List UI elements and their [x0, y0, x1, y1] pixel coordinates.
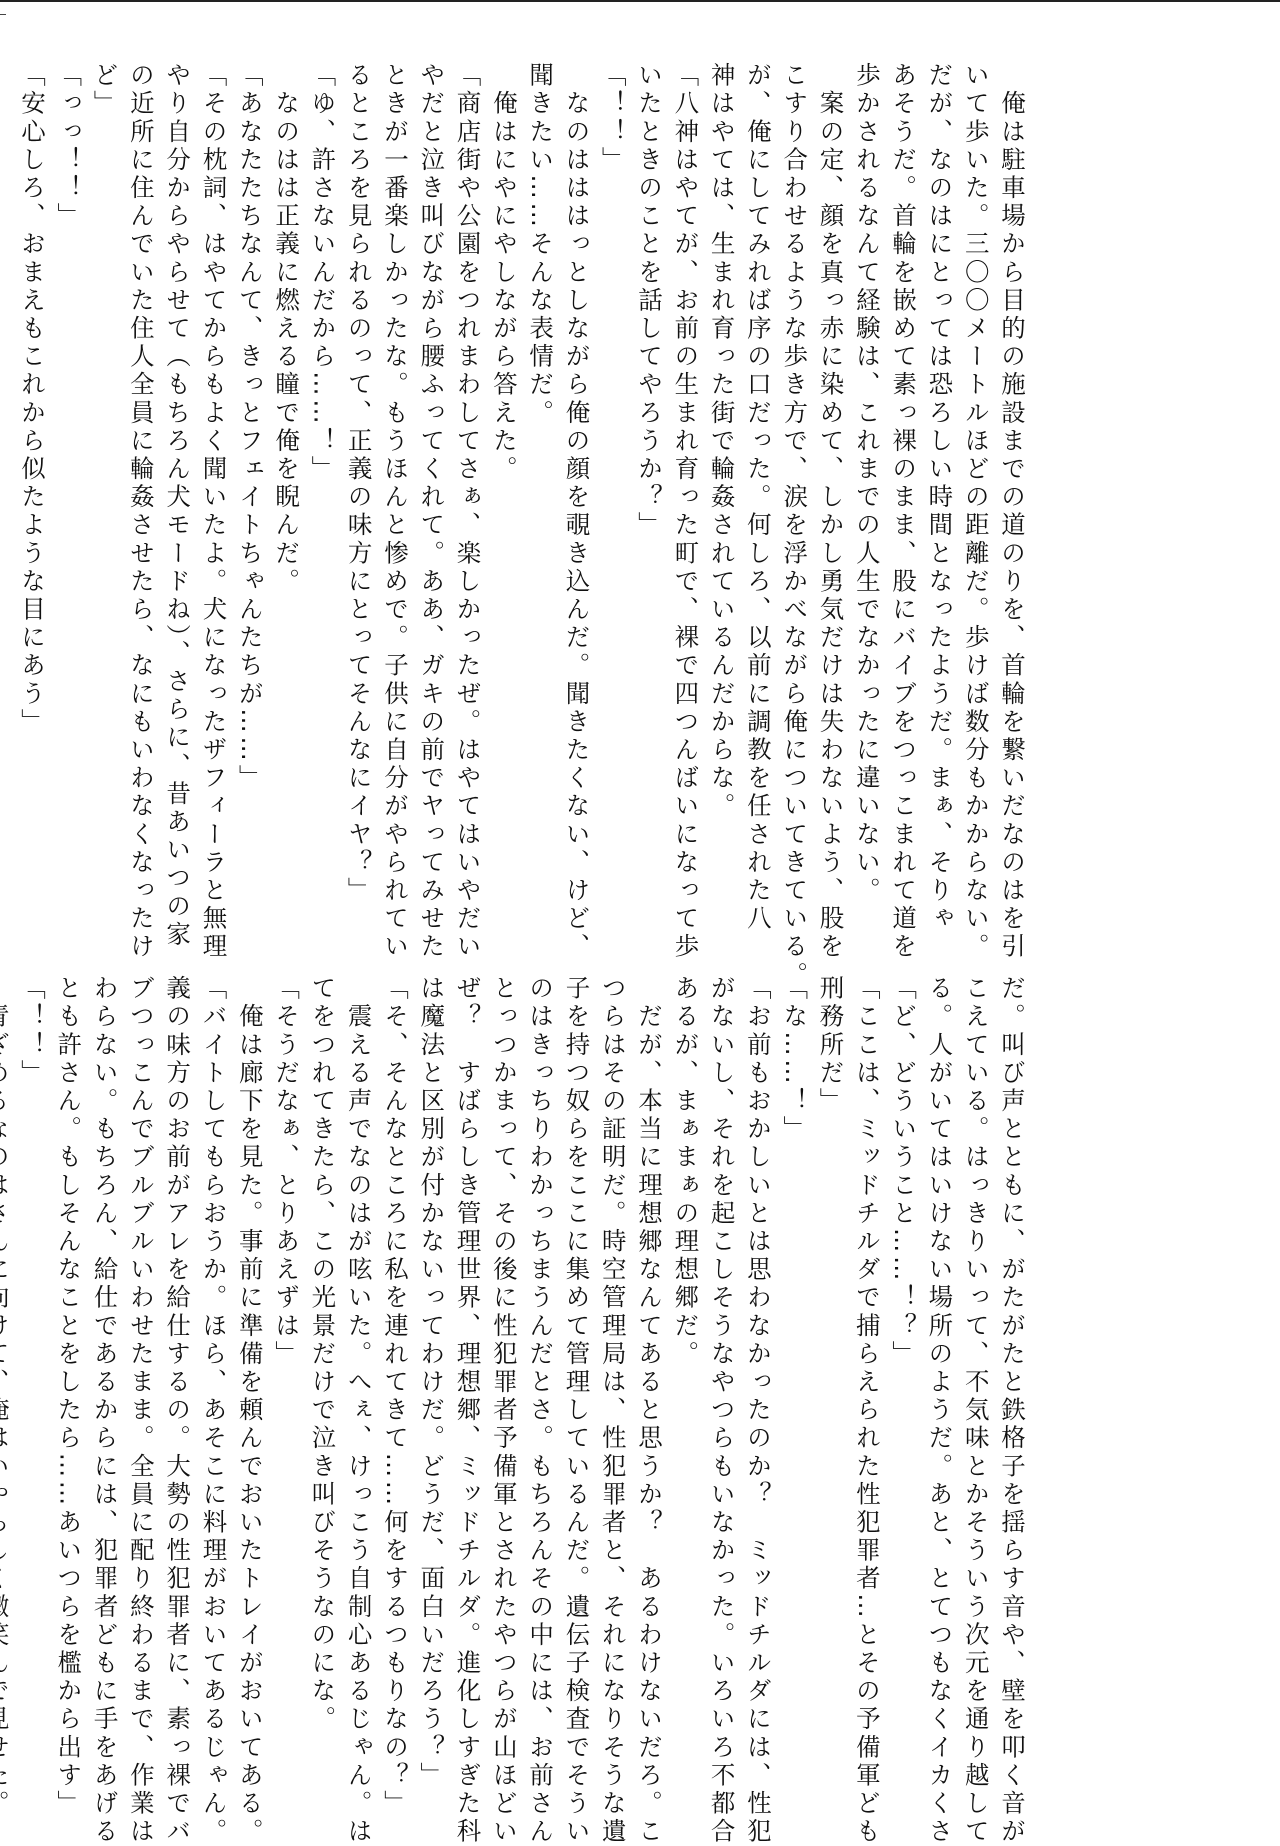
text-block-upper: 俺は駐車場から目的の施設までの道のりを、首輪を繋いだなのはを引いて歩いた。三〇〇…: [0, 62, 1030, 862]
text-line: 「ここは、ミッドチルダで捕らえられた性犯罪者…とその予備軍どもの: [849, 975, 885, 1795]
text-line: いたときのことを話してやろうか？」: [631, 62, 667, 862]
text-line: 「バイトしてもらおうか。ほら、あそこに料理がおいてあるじゃん。正: [195, 975, 231, 1795]
text-line: てをつれてきたら、この光景だけで泣き叫びそうなのにな。: [304, 975, 340, 1795]
text-line: 「その枕詞、はやてからもよく聞いたよ。犬になったザフィーラと無理: [195, 62, 231, 862]
text-line: やだと泣き叫びながら腰ふってくれて。ああ、ガキの前でヤってみせた: [413, 62, 449, 862]
text-line: 歩かされるなんて経験は、これまでの人生でなかったに違いない。: [849, 62, 885, 862]
text-line: 案の定、顔を真っ赤に染めて、しかし勇気だけは失わないよう、股を: [812, 62, 848, 862]
text-line: る。人がいてはいけない場所のようだ。あと、とてつもなくイカくさい。: [921, 975, 957, 1795]
text-line: とも許さん。もしそんなことをしたら……あいつらを檻から出す」: [50, 975, 86, 1795]
text-line: だ。叫び声とともに、がたがたと鉄格子を揺らす音や、壁を叩く音が聞: [994, 975, 1030, 1795]
text-line: いて歩いた。三〇〇メートルほどの距離だ。歩けば数分もかからない。: [957, 62, 993, 862]
text-line: とっつかまって、その後に性犯罪者予備軍とされたやつらが山ほどいる: [486, 975, 522, 1795]
text-line: 刑務所だ」: [812, 975, 848, 1795]
text-line: わらない。もちろん、給仕であるからには、犯罪者どもに手をあげるこ: [86, 975, 122, 1795]
text-line: 神はやては、生まれ育った街で輪姦されているんだからな。: [703, 62, 739, 862]
text-line: 「ど、どういうこと……！？」: [885, 975, 921, 1795]
text-line: 「お前もおかしいとは思わなかったのか？ ミッドチルダには、性犯罪: [740, 975, 776, 1795]
text-line: 「っっ！！」: [50, 62, 86, 862]
text-line: 「そ、そんなところに私を連れてきて……何をするつもりなの？」: [377, 975, 413, 1795]
text-line: なのはは正義に燃える瞳で俺を睨んだ。: [268, 62, 304, 862]
text-line: 「！！」: [14, 975, 50, 1795]
text-line: 「そうだなぁ、とりあえずは」: [268, 975, 304, 1795]
text-line: 俺はにやにやしながら答えた。: [486, 62, 522, 862]
text-line: 「八神はやてが、お前の生まれ育った町で、裸で四つんばいになって歩: [667, 62, 703, 862]
text-line: 聞きたい……そんな表情だ。: [522, 62, 558, 862]
text-line: の近所に住んでいた住人全員に輪姦させたら、なにもいわなくなったけ: [123, 62, 159, 862]
text-line: のはきっちりわかっちまうんだとさ。もちろんその中には、お前さんに: [522, 975, 558, 1795]
text-line: だが、本当に理想郷なんてあると思うか？ あるわけないだろ。こい: [631, 975, 667, 1795]
text-block-lower: だ。叫び声とともに、がたがたと鉄格子を揺らす音や、壁を叩く音が聞こえている。はっ…: [330, 975, 1030, 1795]
text-line: あるが、まぁまぁの理想郷だ。: [667, 975, 703, 1795]
page-top-border: [0, 0, 1280, 2]
text-line: なのはははっとしながら俺の顔を覗き込んだ。聞きたくない、けど、: [558, 62, 594, 862]
scan-edge-mark: [0, 14, 6, 15]
text-line: るところを見られるのって、正義の味方にとってそんなにイヤ？」: [340, 62, 376, 862]
text-line: 震える声でなのはが呟いた。へぇ、けっこう自制心あるじゃん。はや: [340, 975, 376, 1795]
text-line: は魔法と区別が付かないってわけだ。どうだ、面白いだろう？」: [413, 975, 449, 1795]
text-line: がないし、それを起こしそうなやつらもいなかった。いろいろ不都合は: [703, 975, 739, 1795]
text-line: 「あなたたちなんて、きっとフェイトちゃんたちが……」: [231, 62, 267, 862]
text-line: 俺は駐車場から目的の施設までの道のりを、首輪を繋いだなのはを引: [994, 62, 1030, 862]
text-line: つらはその証明だ。時空管理局は、性犯罪者と、それになりそうな遺伝: [594, 975, 630, 1795]
text-line: 子を持つ奴らをここに集めて管理しているんだ。遺伝子検査でそういう: [558, 975, 594, 1795]
text-line: やり自分からやらせて（もちろん犬モードね）、さらに、昔あいつの家: [159, 62, 195, 862]
text-line: だが、なのはにとっては恐ろしい時間となったようだ。まぁ、そりゃ: [921, 62, 957, 862]
text-line: 「！！」: [594, 62, 630, 862]
text-line: ぜ？ すばらしき管理世界、理想郷、ミッドチルダ。進化しすぎた科学: [449, 975, 485, 1795]
text-line: ど」: [86, 62, 122, 862]
text-line: [0, 62, 14, 862]
text-line: 「商店街や公園をつれまわしてさぁ、楽しかったぜ。はやてはいやだい: [449, 62, 485, 862]
text-line: ブつっこんでブルブルいわせたまま。全員に配り終わるまで、作業は終: [123, 975, 159, 1795]
text-line: が、俺にしてみれば序の口だった。何しろ、以前に調教を任された八: [740, 62, 776, 862]
text-line: あそうだ。首輪を嵌めて素っ裸のまま、股にバイブをつっこまれて道を: [885, 62, 921, 862]
text-line: こえている。はっきりいって、不気味とかそういう次元を通り越してい: [957, 975, 993, 1795]
text-line: 「安心しろ、おまえもこれから似たような目にあう」: [14, 62, 50, 862]
text-line: ときが一番楽しかったな。もうほんと惨めで。子供に自分がやられてい: [377, 62, 413, 862]
text-line: 「な……！」: [776, 975, 812, 1795]
text-line: 俺は廊下を見た。事前に準備を頼んでおいたトレイがおいてある。: [231, 975, 267, 1795]
text-line: 義の味方のお前がアレを給仕するの。大勢の性犯罪者に、素っ裸でバイ: [159, 975, 195, 1795]
text-line: 青ざめるなのはさんに向けて、俺はいやらしく微笑んで見せた。: [0, 975, 14, 1795]
text-line: 「ゆ、許さないんだから……！」: [304, 62, 340, 862]
text-line: こすり合わせるような歩き方で、涙を浮かべながら俺についてきている。: [776, 62, 812, 862]
